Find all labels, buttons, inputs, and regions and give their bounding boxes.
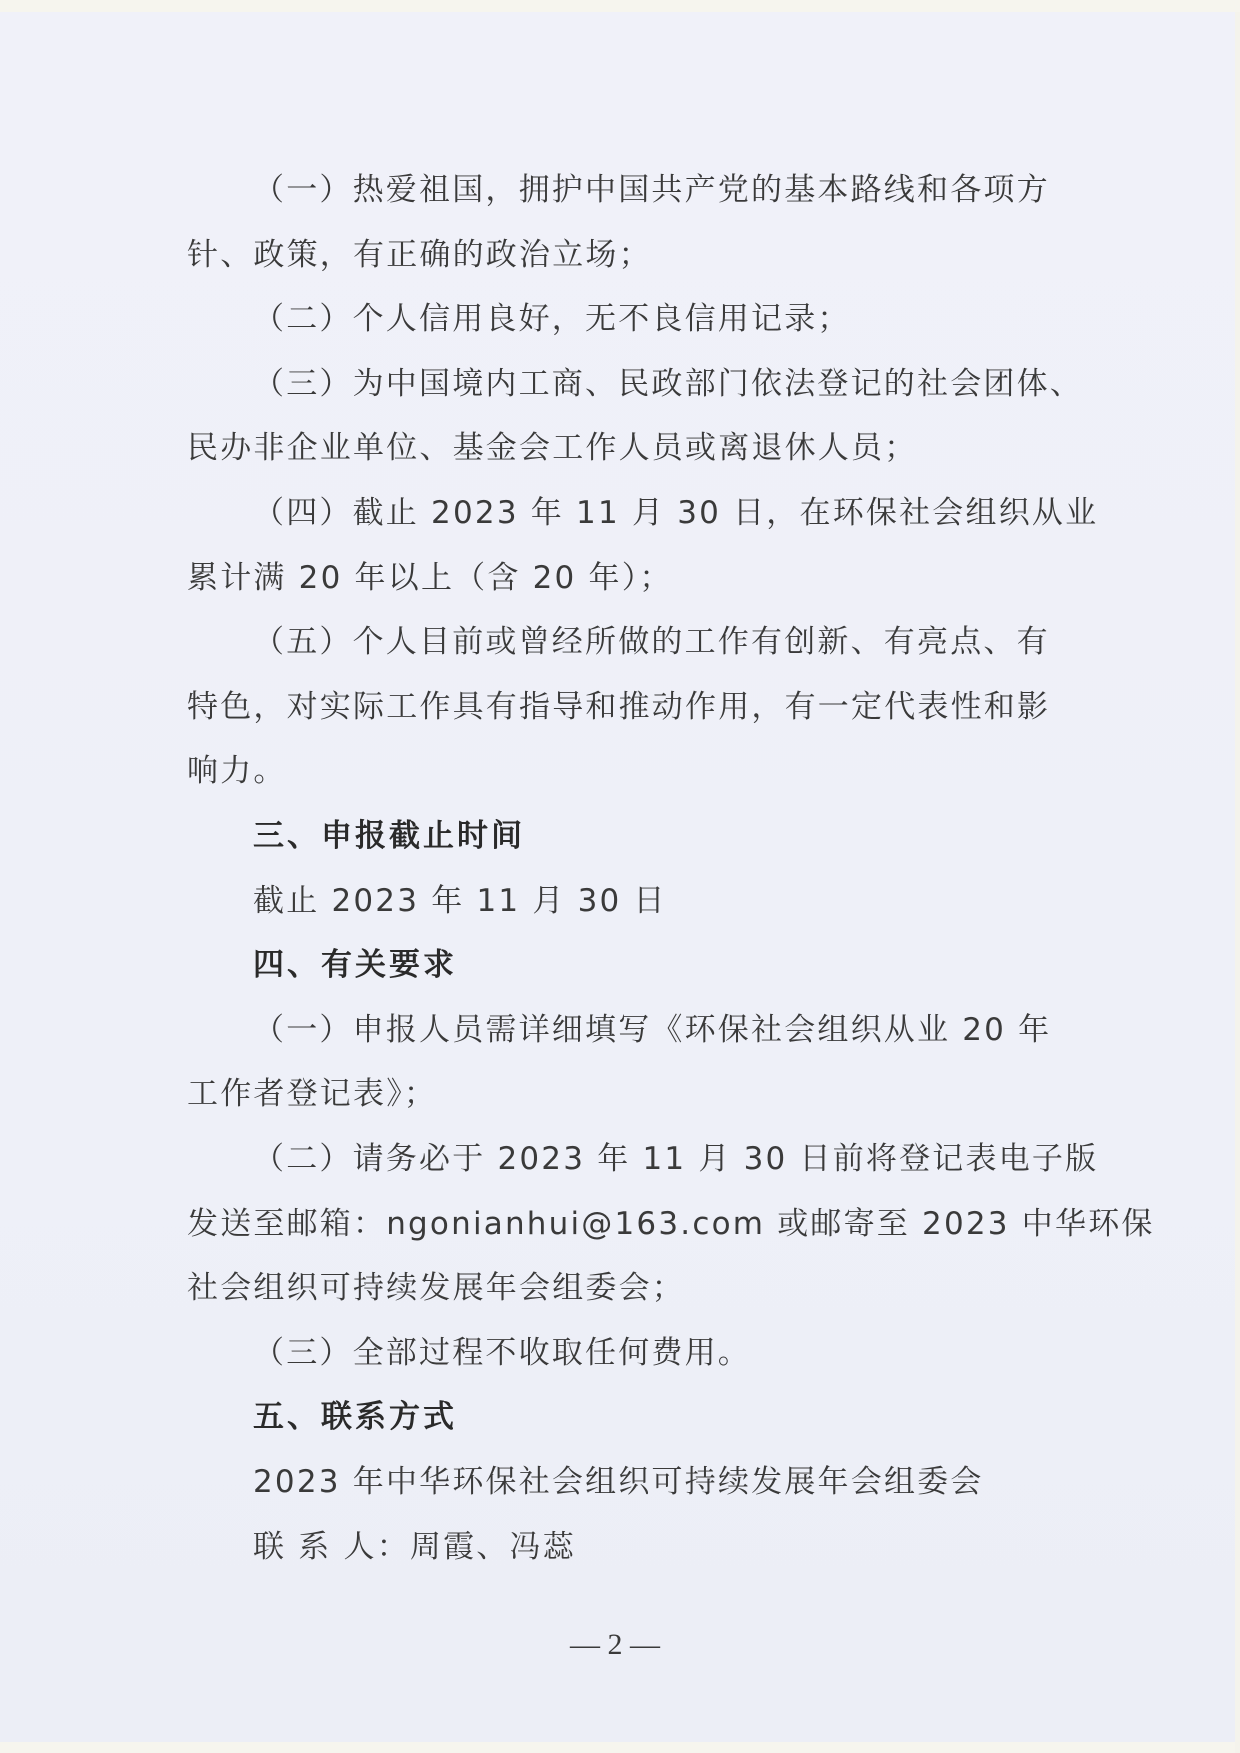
criteria-item-3-cont: 民办非企业单位、基金会工作人员或离退休人员；: [187, 428, 1057, 468]
criteria-item-5: （五）个人目前或曾经所做的工作有创新、有亮点、有: [253, 622, 1123, 662]
criteria-item-4: （四）截止 2023 年 11 月 30 日，在环保社会组织从业: [253, 493, 1123, 533]
criteria-item-2: （二）个人信用良好，无不良信用记录；: [253, 299, 1123, 339]
requirement-item-2-cont: 社会组织可持续发展年会组委会；: [187, 1268, 1057, 1308]
page-number: — 2 —: [560, 1625, 670, 1665]
section-heading-deadline: 三、申报截止时间: [253, 816, 1123, 856]
criteria-item-5-cont: 特色，对实际工作具有指导和推动作用，有一定代表性和影: [187, 687, 1057, 727]
criteria-item-1-cont: 针、政策，有正确的政治立场；: [187, 235, 1057, 275]
requirement-item-2-email-line: 发送至邮箱：ngonianhui@163.com 或邮寄至 2023 中华环保: [187, 1204, 1057, 1244]
requirement-item-1: （一）申报人员需详细填写《环保社会组织从业 20 年: [253, 1010, 1123, 1050]
scan-edge: [1235, 12, 1240, 1753]
criteria-item-1: （一）热爱祖国，拥护中国共产党的基本路线和各项方: [253, 170, 1123, 210]
deadline-text: 截止 2023 年 11 月 30 日: [253, 881, 1123, 921]
contact-persons: 联 系 人：周霞、冯蕊: [253, 1527, 1123, 1567]
requirement-item-1-cont: 工作者登记表》；: [187, 1074, 1057, 1114]
criteria-item-5-cont2: 响力。: [187, 751, 1057, 791]
contact-organizer: 2023 年中华环保社会组织可持续发展年会组委会: [253, 1462, 1123, 1502]
criteria-item-3: （三）为中国境内工商、民政部门依法登记的社会团体、: [253, 364, 1123, 404]
requirement-item-3: （三）全部过程不收取任何费用。: [253, 1333, 1123, 1373]
section-heading-requirements: 四、有关要求: [253, 945, 1123, 985]
section-heading-contact: 五、联系方式: [253, 1397, 1123, 1437]
requirement-item-2: （二）请务必于 2023 年 11 月 30 日前将登记表电子版: [253, 1139, 1123, 1179]
criteria-item-4-cont: 累计满 20 年以上（含 20 年）；: [187, 558, 1057, 598]
